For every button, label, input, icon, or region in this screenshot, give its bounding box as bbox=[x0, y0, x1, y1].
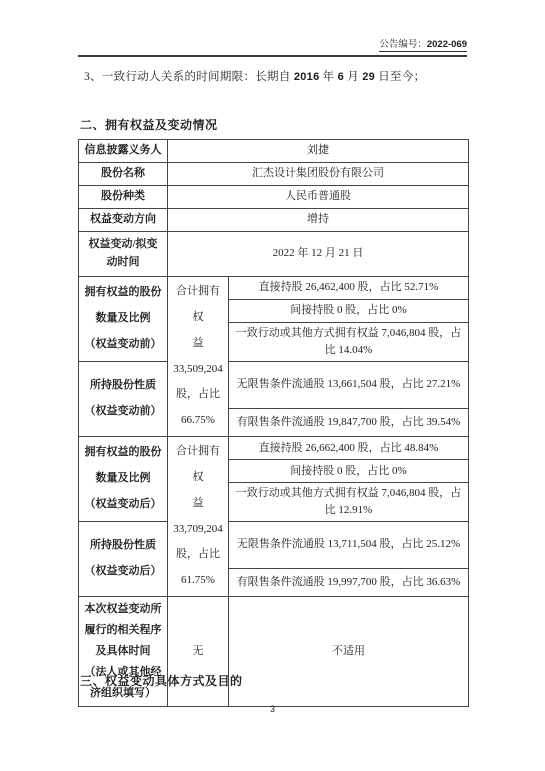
table-row: 股份名称 汇杰设计集团股份有限公司 bbox=[79, 163, 469, 186]
intro-text: 3、一致行动人关系的时间期限：长期自 bbox=[84, 71, 294, 83]
table-row: 本次权益变动所 履行的相关程序 及具体时间 （法人或其他经 济组织填写） 无 不… bbox=[79, 597, 469, 706]
value-total-before: 合计拥有权 益 33,509,204 股，占比 66.75% bbox=[168, 277, 229, 437]
label-change-direction: 权益变动方向 bbox=[79, 209, 168, 232]
value-stock-type: 人民币普通股 bbox=[168, 186, 469, 209]
label-stock-name: 股份名称 bbox=[79, 163, 168, 186]
table-row: 所持股份性质 （权益变动后） 无限售条件流通股 13,711,504 股，占比 … bbox=[79, 522, 469, 569]
value-stock-name: 汇杰设计集团股份有限公司 bbox=[168, 163, 469, 186]
label-change-date: 权益变动/拟变 动时间 bbox=[79, 232, 168, 277]
label-discloser: 信息披露义务人 bbox=[79, 140, 168, 163]
table-row: 权益变动/拟变 动时间 2022 年 12 月 21 日 bbox=[79, 232, 469, 277]
value-unrestricted-before: 无限售条件流通股 13,661,504 股，占比 27.21% bbox=[229, 362, 469, 409]
value-direct-before: 直接持股 26,462,400 股，占比 52.71% bbox=[229, 277, 469, 300]
value-restricted-after: 有限售条件流通股 19,997,700 股，占比 36.63% bbox=[229, 568, 469, 596]
table-row: 拥有权益的股份 数量及比例 （权益变动前） 合计拥有权 益 33,509,204… bbox=[79, 277, 469, 300]
value-unrestricted-after: 无限售条件流通股 13,711,504 股，占比 25.12% bbox=[229, 522, 469, 569]
value-concert-after: 一致行动或其他方式拥有权益 7,046,804 股，占比 12.91% bbox=[229, 483, 469, 522]
value-indirect-after: 间接持股 0 股，占比 0% bbox=[229, 460, 469, 483]
table-row: 信息披露义务人 刘捷 bbox=[79, 140, 469, 163]
table-row: 拥有权益的股份 数量及比例 （权益变动后） 合计拥有权 益 33,709,204… bbox=[79, 437, 469, 460]
intro-year: 2016 bbox=[294, 71, 320, 83]
value-restricted-before: 有限售条件流通股 19,847,700 股，占比 39.54% bbox=[229, 408, 469, 436]
value-indirect-before: 间接持股 0 股，占比 0% bbox=[229, 300, 469, 323]
label-procedure: 本次权益变动所 履行的相关程序 及具体时间 （法人或其他经 济组织填写） bbox=[79, 597, 168, 706]
section-3-heading: 三、权益变动具体方式及目的 bbox=[80, 672, 243, 689]
value-concert-before: 一致行动或其他方式拥有权益 7,046,804 股，占比 14.04% bbox=[229, 323, 469, 362]
equity-change-table: 信息披露义务人 刘捷 股份名称 汇杰设计集团股份有限公司 股份种类 人民币普通股… bbox=[78, 139, 469, 707]
page-number: 3 bbox=[0, 704, 545, 714]
label-qty-after: 拥有权益的股份 数量及比例 （权益变动后） bbox=[79, 437, 168, 522]
value-change-date: 2022 年 12 月 21 日 bbox=[168, 232, 469, 277]
announcement-header: 公告编号：2022-069 bbox=[78, 36, 467, 50]
label-nature-before: 所持股份性质 （权益变动前） bbox=[79, 362, 168, 437]
value-total-after: 合计拥有权 益 33,709,204 股，占比 61.75% bbox=[168, 437, 229, 597]
label-nature-after: 所持股份性质 （权益变动后） bbox=[79, 522, 168, 597]
value-change-direction: 增持 bbox=[168, 209, 469, 232]
section-2-heading: 二、拥有权益及变动情况 bbox=[80, 116, 218, 133]
intro-day: 29 bbox=[362, 71, 375, 83]
table-row: 股份种类 人民币普通股 bbox=[79, 186, 469, 209]
table-row: 所持股份性质 （权益变动前） 无限售条件流通股 13,661,504 股，占比 … bbox=[79, 362, 469, 409]
value-direct-after: 直接持股 26,662,400 股，占比 48.84% bbox=[229, 437, 469, 460]
document-page: 公告编号：2022-069 3、一致行动人关系的时间期限：长期自 2016 年 … bbox=[0, 0, 545, 771]
label-qty-before: 拥有权益的股份 数量及比例 （权益变动前） bbox=[79, 277, 168, 362]
label-stock-type: 股份种类 bbox=[79, 186, 168, 209]
value-discloser: 刘捷 bbox=[168, 140, 469, 163]
table-row: 权益变动方向 增持 bbox=[79, 209, 469, 232]
intro-paragraph: 3、一致行动人关系的时间期限：长期自 2016 年 6 月 29 日至今； bbox=[84, 68, 474, 84]
announcement-number: 2022-069 bbox=[427, 39, 467, 50]
header-rule bbox=[78, 55, 467, 57]
announcement-label: 公告编号： bbox=[379, 40, 427, 50]
value-procedure-none: 无 bbox=[168, 597, 229, 706]
value-procedure-na: 不适用 bbox=[229, 597, 469, 706]
